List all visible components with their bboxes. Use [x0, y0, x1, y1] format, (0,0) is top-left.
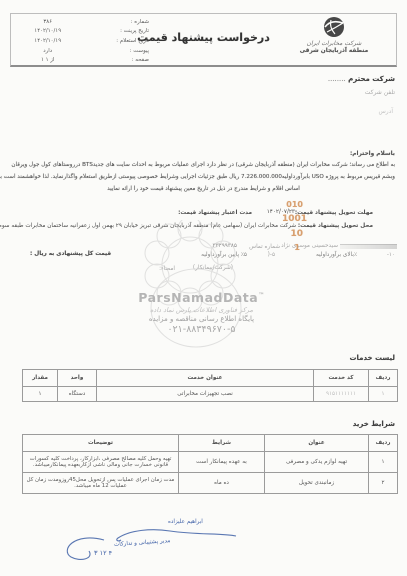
condition-1-row: ۱ — [369, 452, 398, 473]
meta-row-number: شماره : ۳۸۶ — [17, 17, 163, 27]
conditions-table: ردیف عنوان شرایط توضیحات ۱ تهیه لوازم ید… — [22, 434, 398, 494]
header-meta-table: شماره : ۳۸۶ تاریخ پرینت : ۱۴۰۲/۱۰/۱۹ تار… — [17, 17, 163, 65]
services-col-row: ردیف — [369, 370, 398, 387]
recipient-company-line: شرکت محترم ........ — [328, 75, 395, 83]
condition-1-notes: تهیه وحمل کلیه مصالح مصرفی ،ابزارکار، پر… — [23, 452, 179, 473]
service-unit: دستگاه — [58, 387, 97, 402]
body-line-3: اساس اقلام و شرایط مندرج در ذیل در تاریخ… — [30, 186, 377, 192]
salutation: باسلام واحترام: — [350, 151, 395, 157]
attachment-label: پیوست : — [78, 48, 163, 54]
document-header: درخواست پیشنهاد قیمت شرکت مخابرات ایران … — [10, 13, 397, 67]
watermark-brand-text: ParsNamadData — [138, 290, 258, 305]
scanned-price-inquiry-document: درخواست پیشنهاد قیمت شرکت مخابرات ایران … — [0, 0, 407, 576]
signature-date-digits: ۴ ۱۲ ۳ — [94, 549, 112, 557]
conditions-col-terms: شرایط — [179, 435, 265, 452]
condition-2-notes: مدت زمان اجرای عملیات پس ازتحویل محل45رو… — [23, 473, 179, 494]
condition-2-name: زمانبندی تحویل — [265, 473, 369, 494]
above-estimate-prefix: -۱۰ — [387, 252, 395, 258]
condition-1-name: تهیه لوازم یدکی و مصرفی — [265, 452, 369, 473]
meta-row-page: صفحه : ۱ از ۱ — [17, 55, 163, 65]
services-row-1: ۱ ۹۱۵۱۱۱۱۱۱۱ نصب تجهیزات مخابراتی دستگاه… — [23, 387, 398, 402]
watermark-subtitle: پایگاه اطلاع رسانی مناقصه و مزایده — [104, 315, 299, 323]
telecom-logo-icon — [319, 15, 349, 39]
meta-row-attachment: پیوست : دارد — [17, 46, 163, 56]
expert-name: سیدحسینی موسوی نژاد — [281, 243, 338, 249]
illegible-stamped-text — [340, 244, 397, 249]
signatory-name: ابراهیم علیزاده — [168, 519, 203, 525]
inquiry-date-value: ۱۴۰۲/۱۰/۱۹ — [17, 38, 78, 44]
parsnamad-watermark: ParsNamadData™ مرکز فناوری اطلاعات پارس … — [104, 290, 299, 335]
services-col-unit: واحد — [58, 370, 97, 387]
watermark-brand: ParsNamadData™ — [104, 290, 299, 305]
company-name-script: شرکت مخابرات ایران — [278, 40, 390, 47]
service-code: ۹۱۵۱۱۱۱۱۱۱ — [314, 387, 369, 402]
total-price-label: قیمت کل پیشنهادی به ریال : — [30, 251, 111, 257]
meta-row-print-date: تاریخ پرینت : ۱۴۰۲/۱۰/۱۹ — [17, 27, 163, 37]
conditions-col-notes: توضیحات — [23, 435, 179, 452]
number-label: شماره : — [78, 19, 163, 25]
print-date-label: تاریخ پرینت : — [78, 28, 163, 34]
service-name: نصب تجهیزات مخابراتی — [97, 387, 314, 402]
condition-1-terms: به عهده پیمانکار است — [179, 452, 265, 473]
attachment-value: دارد — [17, 48, 78, 54]
conditions-section-title: شرایط خرید — [353, 420, 395, 428]
cert-stamp-number-4: 1 — [294, 243, 300, 252]
conditions-col-row: ردیف — [369, 435, 398, 452]
validity-label: مدت اعتبار پیشنهاد قیمت: — [178, 210, 252, 216]
services-col-code: کد خدمت — [314, 370, 369, 387]
services-col-qty: مقدار — [23, 370, 58, 387]
conditions-col-name: عنوان — [265, 435, 369, 452]
service-row-number: ۱ — [369, 387, 398, 402]
cert-stamp-number-3: 10 — [290, 229, 303, 239]
signature-swoosh-icon — [112, 526, 240, 542]
body-line-2: وبشم قیریس مربوط به پروژه USO بابرآورداو… — [6, 174, 395, 180]
services-header-row: ردیف کد خدمت عنوان خدمت واحد مقدار — [23, 370, 398, 387]
below-estimate-prefix: )-۵ — [268, 252, 275, 258]
recipient-company-blank: ........ — [328, 75, 346, 83]
cert-stamp-number-1: 010 — [286, 200, 303, 209]
conditions-row-1: ۱ تهیه لوازم یدکی و مصرفی به عهده پیمانک… — [23, 452, 398, 473]
services-section-title: لیست خدمات — [349, 354, 395, 362]
services-col-name: عنوان خدمت — [97, 370, 314, 387]
conditions-header-row: ردیف عنوان شرایط توضیحات — [23, 435, 398, 452]
delivery-place-label: محل تحویل پیشنهاد قیمت: — [298, 223, 373, 229]
company-region-label: منطقه آذربایجان شرقی — [278, 48, 390, 54]
page-label: صفحه : — [78, 57, 163, 63]
print-date-value: ۱۴۰۲/۱۰/۱۹ — [17, 28, 78, 34]
meta-row-inquiry-date: تاریخ استعلام : ۱۴۰۲/۱۰/۱۹ — [17, 36, 163, 46]
above-estimate-option: ٪بالای برآورداولیه — [316, 252, 357, 258]
inquiry-date-label: تاریخ استعلام : — [78, 38, 163, 44]
company-logo-block: شرکت مخابرات ایران منطقه آذربایجان شرقی — [278, 15, 390, 54]
recipient-address-label: آدرس — [378, 108, 393, 115]
service-qty: ۱ — [23, 387, 58, 402]
condition-2-row: ۲ — [369, 473, 398, 494]
recipient-phone-label: تلفن شرکت — [365, 89, 395, 96]
recipient-company-label: شرکت محترم — [348, 75, 395, 83]
body-line-1: به اطلاع می رساند؛ شرکت مخابرات ایران (م… — [6, 162, 395, 168]
watermark-script-line: مرکز فناوری اطلاعات پارس نماد داده — [104, 306, 299, 314]
watermark-tm: ™ — [258, 292, 265, 299]
number-value: ۳۸۶ — [17, 19, 78, 25]
conditions-row-2: ۲ زمانبندی تحویل ده ماه مدت زمان اجرای ع… — [23, 473, 398, 494]
contact-label: شماره تماس — [249, 244, 280, 250]
validity-row: مدت اعتبار پیشنهاد قیمت: — [178, 210, 252, 216]
services-table: ردیف کد خدمت عنوان خدمت واحد مقدار ۱ ۹۱۵… — [22, 369, 398, 402]
watermark-phone: ۰۲۱-۸۸۳۴۹۶۷۰-۵ — [104, 324, 299, 335]
cert-stamp-number-2: 1001 — [282, 214, 307, 224]
condition-2-terms: ده ماه — [179, 473, 265, 494]
page-value: ۱ از ۱ — [17, 57, 78, 63]
